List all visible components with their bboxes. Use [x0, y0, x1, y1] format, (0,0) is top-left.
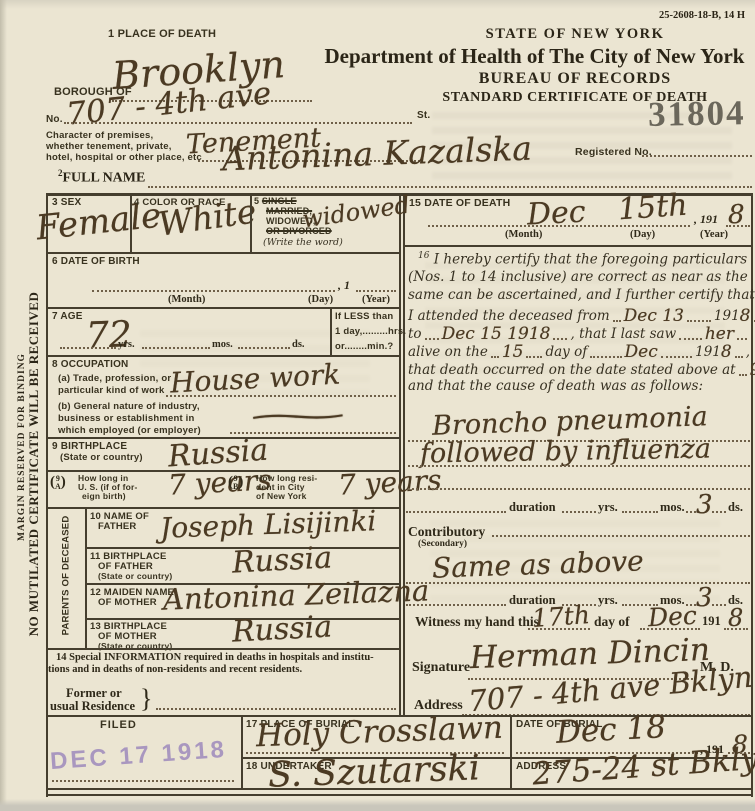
street-st-label: St. — [417, 110, 430, 121]
witness-year-printed: 191 — [702, 614, 721, 629]
certify-line7: that death occurred on the date stated a… — [408, 359, 750, 379]
premises-label-3: hotel, hospital or other place, etc — [46, 152, 202, 163]
dod-year-caption: (Year) — [700, 229, 728, 240]
us-years-label3: eign birth) — [82, 491, 126, 501]
form-code: 25-2608-18-B, 14 H — [659, 10, 745, 21]
birthplace-sublabel: (State or country) — [60, 452, 143, 463]
contributory-sublabel: (Secondary) — [418, 539, 467, 549]
occupation-label: 8 OCCUPATION — [52, 359, 128, 370]
age-mos-caption: mos. — [212, 339, 233, 350]
death-certificate-page: 25-2608-18-B, 14 H 1 PLACE OF DEATH STAT… — [0, 0, 755, 811]
occupation-b-line1: (b) General nature of industry, — [58, 401, 200, 412]
age-value: 72 — [85, 314, 132, 357]
date-of-death-day: 15th — [617, 188, 689, 228]
witness-pre: Witness my hand this — [415, 614, 539, 630]
duration2-yrs: yrs. — [598, 593, 618, 608]
certify-line8: and that the cause of death was as follo… — [408, 378, 703, 394]
premises-label-2: whether tenement, private, — [46, 141, 172, 152]
occupation-b-value: ~ — [237, 402, 360, 432]
certificate-number-stamp: 31804 — [648, 93, 746, 135]
street-no-label: No. — [46, 114, 63, 125]
marital-option-single: 5 SINGLE — [254, 196, 297, 206]
certify-line5: toDec 15 1918, that I last sawher — [408, 323, 750, 343]
certify-line3: same can be ascertained, and I further c… — [408, 287, 755, 303]
scan-edge-top — [0, 0, 755, 9]
witness-mid: day of — [594, 614, 630, 630]
father-name-label2: FATHER — [98, 521, 137, 532]
mother-birthplace-value: Russia — [231, 609, 333, 649]
premises-label-1: Character of premises, — [46, 130, 153, 141]
age-label: 7 AGE — [52, 311, 83, 322]
us-years-tag: (9A) — [50, 474, 66, 491]
date-of-death-preyear: , 191 — [694, 212, 718, 227]
registered-no-label: Registered No. — [575, 146, 652, 158]
special-information-line2: tions and in deaths of non-residents and… — [48, 664, 302, 675]
marital-note: (Write the word) — [263, 237, 343, 248]
marital-value: widowed — [301, 191, 412, 234]
father-birthplace-value: Russia — [231, 540, 333, 580]
date-of-burial-value: Dec 18 — [555, 709, 667, 751]
date-of-birth-label: 6 DATE OF BIRTH — [52, 256, 140, 267]
duration1-value: 3 — [696, 490, 713, 520]
occupation-b-line3: which employed (or employer) — [58, 425, 201, 436]
mother-maiden-label2: OF MOTHER — [98, 597, 157, 608]
certify-line6: alive on the15day ofDec1918, — [408, 341, 750, 361]
birthplace-label: 9 BIRTHPLACE — [52, 441, 127, 452]
department-title: Department of Health of The City of New … — [314, 44, 755, 69]
father-birthplace-label3: (State or country) — [98, 571, 172, 581]
nyc-years-label3: of New York — [256, 491, 307, 501]
duration1-label: duration — [509, 500, 556, 515]
duration1-ds: ds. — [728, 500, 743, 515]
mother-maiden-value: Antonina Zeilazna — [162, 573, 429, 616]
place-of-burial-value: Holy Crosslawn — [255, 710, 503, 755]
father-name-value: Joseph Lisijinki — [159, 504, 376, 545]
certify-line1: 16 I hereby certify that the foregoing p… — [418, 251, 747, 268]
duration2-value: 3 — [696, 583, 713, 613]
age-yrs-caption: yrs. — [118, 339, 135, 350]
dod-day-caption: (Day) — [630, 229, 655, 240]
nyc-years-tag: (9B) — [228, 474, 243, 491]
age-less-line3: or........min.? — [335, 341, 393, 352]
duration1-mos: mos. — [660, 500, 685, 515]
dob-day-caption: (Day) — [308, 294, 333, 305]
bureau-title: BUREAU OF RECORDS — [395, 70, 755, 88]
margin-mutilated-note: NO MUTILATED CERTIFICATE WILL BE RECEIVE… — [26, 194, 42, 734]
special-information-line1: 14 Special INFORMATION required in death… — [56, 652, 374, 663]
parents-of-deceased-label: PARENTS OF DECEASED — [61, 506, 72, 646]
scan-edge-left — [0, 0, 7, 811]
age-less-line2: 1 day,.........hrs. — [335, 326, 406, 337]
filed-date-stamp: DEC 17 1918 — [49, 736, 228, 776]
dob-year-caption: (Year) — [362, 294, 390, 305]
place-of-death-label: 1 PLACE OF DEATH — [108, 28, 216, 40]
signature-label: Signature — [412, 660, 470, 676]
age-less-line1: If LESS than — [335, 311, 393, 322]
occupation-b-line2: business or establishment in — [58, 413, 195, 424]
age-ds-caption: ds. — [292, 339, 305, 350]
certify-line2: (Nos. 1 to 14 inclusive) are correct as … — [408, 269, 748, 285]
dob-month-caption: (Month) — [168, 294, 205, 305]
full-name-label: 2FULL NAME — [58, 168, 145, 187]
former-residence-label2: usual Residence — [50, 699, 135, 714]
former-residence-brace: } — [140, 684, 152, 714]
certify-line4: I attended the deceased fromDec 131918 — [408, 305, 750, 325]
contributory-label: Contributory — [408, 524, 485, 540]
state-title: STATE OF NEW YORK — [395, 26, 755, 43]
date-of-death-label: 15 DATE OF DEATH — [409, 197, 510, 209]
dob-preprinted-year: , 1 — [338, 278, 350, 293]
dod-month-caption: (Month) — [505, 229, 542, 240]
scan-edge-bottom — [0, 799, 755, 811]
duration1-yrs: yrs. — [598, 500, 618, 515]
occupation-a-line2: particular kind of work — [58, 385, 164, 396]
filed-label: FILED — [100, 719, 137, 731]
occupation-a-line1: (a) Trade, profession, or — [58, 373, 171, 384]
